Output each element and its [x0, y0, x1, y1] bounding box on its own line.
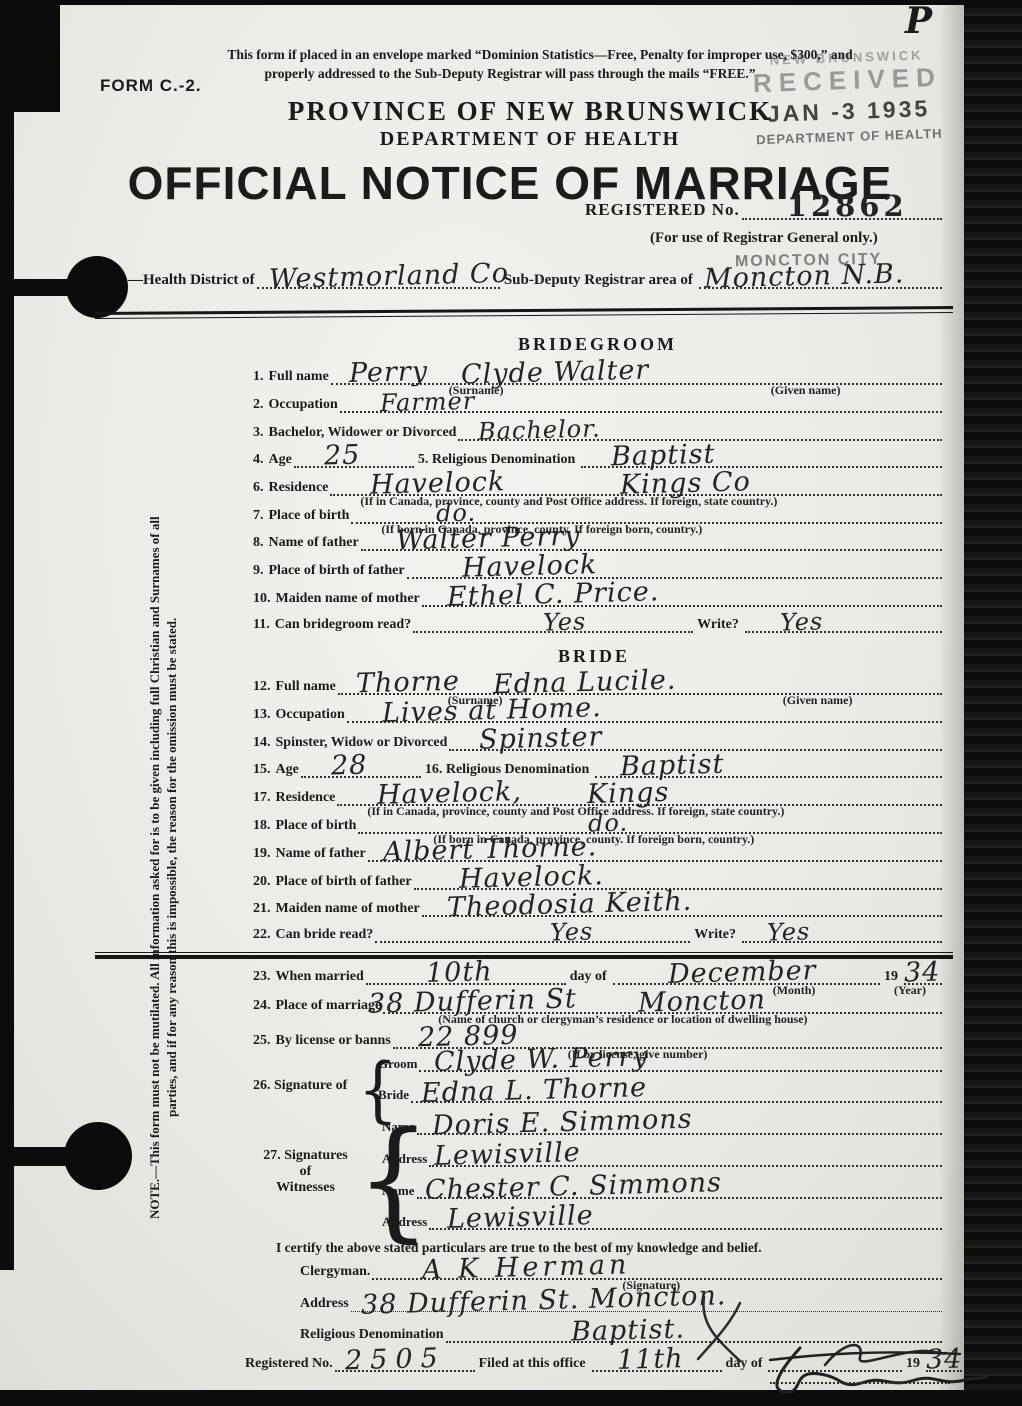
- field-label: When married: [276, 969, 364, 985]
- field-bride-birthplace: 18. Place of birth do. (If born in Canad…: [253, 817, 942, 834]
- field-line: Havelock: [407, 562, 942, 579]
- field-line: Doris E. Simmons: [417, 1118, 943, 1135]
- marriage-day-value: 10th: [425, 956, 492, 989]
- clergyman-signature-value: A K Herman: [422, 1249, 631, 1285]
- field-label: Place of birth of father: [276, 874, 412, 890]
- hole-punch-bottom: [64, 1122, 132, 1190]
- scan-edge-left: [0, 0, 14, 1270]
- groom-write-value: Yes: [779, 607, 823, 636]
- field-groom-father: 8. Name of father Walter Perry: [253, 534, 942, 551]
- witness-address-label: Address: [382, 1214, 427, 1230]
- field-groom-literacy: 11. Can bridegroom read? Yes Write? Yes: [253, 616, 942, 633]
- field-label: Signatures: [284, 1148, 348, 1163]
- field-line: Perry Clyde Walter (Surname) (Given name…: [331, 368, 942, 385]
- field-groom-status: 3. Bachelor, Widower or Divorced Bachelo…: [253, 424, 942, 441]
- month-sublabel: (Month): [773, 983, 816, 998]
- field-label: Occupation: [276, 707, 345, 723]
- footer-registered-label: Registered No.: [245, 1356, 333, 1372]
- field-label: Maiden name of mother: [276, 901, 420, 917]
- field-label: Age: [269, 452, 292, 468]
- scan-edge-top: [46, 0, 1022, 5]
- field-line: Yes: [742, 926, 942, 943]
- groom-surname-value: Perry: [348, 356, 428, 389]
- bride-status-value: Spinster: [479, 721, 603, 755]
- clergyman-address-label: Address: [300, 1296, 349, 1312]
- field-witness2-name: Name Chester C. Simmons: [382, 1182, 942, 1199]
- field-when-married: 23. When married 10th day of December (M…: [253, 968, 942, 985]
- field-label: Place of birth: [276, 818, 357, 834]
- field-groom-signature: Groom Clyde W. Perry: [378, 1055, 942, 1072]
- field-witness1-address: Address Lewisville: [382, 1150, 942, 1167]
- field-line: Farmer: [340, 396, 942, 413]
- field-label: Place of marriage: [276, 998, 382, 1014]
- field-line: 38 Dufferin St Moncton (Name of church o…: [383, 997, 942, 1014]
- bride-write-value: Yes: [767, 917, 811, 946]
- field-groom-birthplace: 7. Place of birth do. (If born in Canada…: [253, 507, 942, 524]
- year-sublabel: (Year): [894, 983, 926, 998]
- field-bride-literacy: 22. Can bride read? Yes Write? Yes: [253, 926, 942, 943]
- field-number: 9.: [253, 563, 264, 579]
- field-clergyman-address: Address 38 Dufferin St. Moncton.: [300, 1295, 942, 1312]
- field-number: 19.: [253, 846, 271, 862]
- field-label: of: [300, 1164, 312, 1179]
- bride-age-value: 28: [330, 750, 367, 782]
- field-groom-age-religion: 4. Age 25 5. Religious Denomination Bapt…: [253, 451, 942, 468]
- punch-stem-bottom: [0, 1147, 72, 1166]
- field-label: Bachelor, Widower or Divorced: [269, 425, 457, 441]
- field-number: 21.: [253, 901, 271, 917]
- field-label: Residence: [276, 790, 336, 806]
- witness-name-label: Name: [382, 1183, 415, 1199]
- field-line: 2505: [335, 1355, 475, 1372]
- field-line: 10th: [366, 968, 566, 985]
- groom-signature-label: Groom: [378, 1056, 417, 1072]
- field-label: Full name: [269, 369, 329, 385]
- field-number: 8.: [253, 535, 264, 551]
- field-number: 11.: [253, 617, 270, 633]
- registrar-general-note: (For use of Registrar General only.): [650, 230, 878, 247]
- witness-name-label: Name: [382, 1119, 415, 1135]
- field-label: Residence: [269, 480, 329, 496]
- field-line: Havelock Kings Co (If in Canada, provinc…: [330, 479, 942, 496]
- health-district-label: —Health District of: [128, 272, 255, 289]
- field-number: 17.: [253, 790, 271, 806]
- field-line: do. (If born in Canada, province, county…: [358, 817, 942, 834]
- field-line: Yes: [413, 616, 693, 633]
- denomination-label: Religious Denomination: [300, 1327, 444, 1343]
- section-rule-thin: [95, 952, 953, 953]
- scan-edge-right: [964, 0, 1022, 1406]
- field-line: Thorne Edna Lucile. (Surname) (Given nam…: [338, 678, 942, 695]
- field-label: Signature of: [274, 1078, 347, 1093]
- form-number: FORM C.-2.: [100, 76, 202, 96]
- corner-mark: P: [905, 0, 932, 42]
- field-bride-signature: Bride Edna L. Thorne: [378, 1086, 942, 1103]
- field-number: 18.: [253, 818, 271, 834]
- witnesses-label: 27. Signatures of Witnesses: [253, 1148, 358, 1196]
- field-bride-residence: 17. Residence Havelock, Kings (If in Can…: [253, 789, 942, 806]
- field-label: Name of father: [276, 846, 366, 862]
- registrar-signature: [760, 1340, 990, 1398]
- field-number: 10.: [253, 591, 271, 607]
- field-line: Ethel C. Price.: [422, 590, 942, 607]
- section-rule-thick: [95, 955, 953, 959]
- bride-signature-label: Bride: [378, 1087, 409, 1103]
- field-groom-father-birthplace: 9. Place of birth of father Havelock: [253, 562, 942, 579]
- bride-signature-value: Edna L. Thorne: [421, 1072, 648, 1109]
- field-label: Spinster, Widow or Divorced: [276, 735, 448, 751]
- sub-deputy-value: Moncton N.B.: [703, 258, 904, 294]
- field-line: Walter Perry: [361, 534, 942, 551]
- received-stamp-date: JAN -3 1935: [728, 94, 969, 129]
- field-line: Lives at Home.: [347, 706, 942, 723]
- field-line: Yes: [375, 926, 690, 943]
- field-line: do. (If born in Canada, province, county…: [351, 507, 942, 524]
- field-line: 25: [294, 451, 414, 468]
- registrar-signature-line: [770, 1382, 950, 1384]
- field-number: 13.: [253, 707, 271, 723]
- field-groom-full-name: 1. Full name Perry Clyde Walter (Surname…: [253, 368, 942, 385]
- bride-read-value: Yes: [550, 917, 594, 946]
- field-number: 22.: [253, 927, 271, 943]
- field-line: 34 (Year): [904, 968, 942, 985]
- registered-no-row: REGISTERED No. 12862: [585, 200, 942, 220]
- field-number: 4.: [253, 452, 264, 468]
- field-label: Place of birth of father: [269, 563, 405, 579]
- registered-no-label: REGISTERED No.: [585, 200, 740, 220]
- bride-surname-value: Thorne: [355, 666, 460, 700]
- field-number: 3.: [253, 425, 264, 441]
- field-line: Lewisville: [429, 1150, 942, 1167]
- side-note: NOTE.—This form must not be mutilated. A…: [146, 515, 180, 1220]
- punch-stem-top: [0, 279, 76, 296]
- field-number: 26.: [253, 1078, 271, 1093]
- groom-age-value: 25: [323, 440, 360, 472]
- field-label: Age: [276, 762, 299, 778]
- received-stamp: NEW BRUNSWICK RECEIVED JAN -3 1935 DEPAR…: [726, 46, 969, 148]
- bridegroom-heading: BRIDEGROOM: [518, 334, 677, 355]
- field-label: Full name: [276, 679, 336, 695]
- field-label: Maiden name of mother: [276, 591, 420, 607]
- groom-read-value: Yes: [543, 607, 587, 636]
- field-number: 7.: [253, 508, 264, 524]
- field-label: Name of father: [269, 535, 359, 551]
- field-label: Witnesses: [276, 1180, 335, 1195]
- field-number: 23.: [253, 969, 271, 985]
- scanned-form-page: This form if placed in an envelope marke…: [0, 0, 1022, 1406]
- field-groom-residence: 6. Residence Havelock Kings Co (If in Ca…: [253, 479, 942, 496]
- district-row: —Health District of Westmorland Co Sub-D…: [128, 272, 942, 289]
- field-line: 11th: [592, 1355, 722, 1372]
- field-line: Edna L. Thorne: [411, 1086, 942, 1103]
- side-note-line1: NOTE.—This form must not be mutilated. A…: [146, 515, 163, 1220]
- sub-deputy-label: Sub-Deputy Registrar area of: [504, 272, 693, 289]
- field-number: 24.: [253, 998, 271, 1014]
- field-bride-age-religion: 15. Age 28 16. Religious Denomination Ba…: [253, 761, 942, 778]
- field-number: 27.: [263, 1148, 281, 1163]
- field-label: Place of birth: [269, 508, 350, 524]
- field-line: 38 Dufferin St. Moncton.: [351, 1296, 942, 1312]
- field-line: Baptist: [581, 451, 942, 468]
- witness1-address-value: Lewisville: [434, 1137, 581, 1172]
- denomination-value: Baptist.: [570, 1314, 685, 1348]
- registered-no-line: 12862: [742, 203, 942, 220]
- field-line: A K Herman (Signature): [372, 1263, 942, 1280]
- field-number: 12.: [253, 679, 271, 695]
- field-clergyman: Clergyman. A K Herman (Signature): [300, 1263, 942, 1280]
- footer-filed-label: Filed at this office: [479, 1356, 586, 1372]
- field-witness1-name: Name Doris E. Simmons: [382, 1118, 942, 1135]
- clergyman-label: Clergyman.: [300, 1264, 370, 1280]
- witness2-address-value: Lewisville: [447, 1200, 594, 1235]
- field-line: Chester C. Simmons: [417, 1182, 943, 1199]
- field-label: Occupation: [269, 397, 338, 413]
- field-number: 15.: [253, 762, 271, 778]
- field-number: 2.: [253, 397, 264, 413]
- field-place-of-marriage: 24. Place of marriage 38 Dufferin St Mon…: [253, 997, 942, 1014]
- field-bride-mother: 21. Maiden name of mother Theodosia Keit…: [253, 900, 942, 917]
- health-district-line: Westmorland Co: [257, 272, 500, 289]
- witness-address-label: Address: [382, 1151, 427, 1167]
- field-label: Write?: [697, 617, 739, 633]
- witness1-name-value: Doris E. Simmons: [431, 1104, 692, 1142]
- field-line: Havelock, Kings (If in Canada, province,…: [337, 789, 942, 806]
- field-number: 20.: [253, 874, 271, 890]
- field-line: Baptist: [595, 761, 942, 778]
- field-line: Theodosia Keith.: [422, 900, 942, 917]
- field-number: 1.: [253, 369, 264, 385]
- field-label: Write?: [694, 927, 736, 943]
- field-bride-status: 14. Spinster, Widow or Divorced Spinster: [253, 734, 942, 751]
- field-line: December (Month): [613, 968, 880, 985]
- field-line: Yes: [745, 616, 942, 633]
- footer-filed-day-value: 11th: [616, 1343, 683, 1376]
- field-witness2-address: Address Lewisville: [382, 1213, 942, 1230]
- footer-registered-value: 2505: [344, 1343, 445, 1377]
- sub-deputy-line: Moncton N.B.: [699, 272, 942, 289]
- field-number: 25.: [253, 1033, 271, 1049]
- footer-day-of-label: day of: [726, 1356, 763, 1372]
- field-line: 28: [301, 761, 421, 778]
- field-bride-occupation: 13. Occupation Lives at Home.: [253, 706, 942, 723]
- field-groom-occupation: 2. Occupation Farmer: [253, 396, 942, 413]
- field-label: Can bridegroom read?: [275, 617, 411, 633]
- signature-of-label: 26. Signature of: [253, 1078, 347, 1094]
- health-district-value: Westmorland Co: [268, 258, 509, 295]
- groom-status-value: Bachelor.: [478, 414, 601, 445]
- hole-punch-top: [66, 256, 128, 318]
- field-number: 6.: [253, 480, 264, 496]
- field-line: Albert Thorne.: [368, 845, 942, 862]
- side-note-line2: parties, and if for any reason this is i…: [163, 515, 180, 1220]
- field-number: 14.: [253, 735, 271, 751]
- field-groom-mother: 10. Maiden name of mother Ethel C. Price…: [253, 590, 942, 607]
- field-line: Lewisville: [429, 1213, 942, 1230]
- field-line: Clyde W. Perry: [419, 1055, 942, 1072]
- field-label: Can bride read?: [276, 927, 374, 943]
- groom-occupation-value: Farmer: [379, 387, 475, 417]
- bride-heading: BRIDE: [558, 646, 630, 667]
- registered-no-value: 12862: [787, 189, 908, 223]
